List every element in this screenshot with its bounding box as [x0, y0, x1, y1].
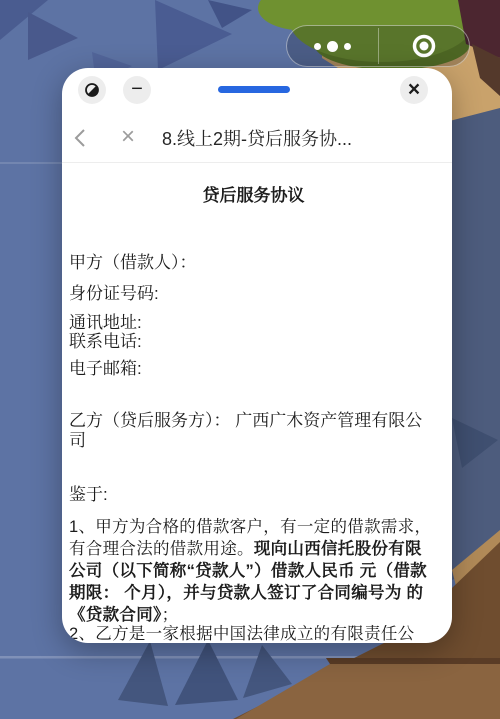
close-icon: × [408, 79, 420, 100]
back-button[interactable] [74, 127, 94, 149]
contrast-icon [84, 82, 100, 98]
document-nav-bar: × 8.线上2期-贷后服务协... [62, 114, 452, 163]
progress-pill[interactable] [218, 86, 290, 93]
address-label: 通讯地址: [69, 313, 438, 332]
sheet-toolbar: − × [62, 68, 452, 114]
party-b-line: 乙方（贷后服务方）： 广西广木资产管理有限公司 [69, 411, 438, 451]
phone-screen: − × × 8.线上2期-贷后服务协... 贷后服务协议 甲方（借款人）： 身份… [0, 0, 500, 719]
party-a-label: 甲方（借款人）： [69, 253, 438, 273]
minimize-button[interactable]: − [123, 76, 151, 104]
more-dots-icon [344, 43, 351, 50]
nav-close-button[interactable]: × [116, 122, 140, 152]
more-button[interactable] [287, 26, 378, 66]
minus-icon: − [131, 79, 143, 99]
clause-1-tail: ； [162, 606, 179, 624]
sheet-close-button[interactable]: × [400, 76, 428, 104]
clause-1: 1、甲方为合格的借款客户，有一定的借款需求，有合理合法的借款用途。现向山西信托股… [69, 516, 438, 626]
id-number-label: 身份证号码: [69, 284, 438, 304]
more-dots-icon [314, 43, 321, 50]
theme-toggle-button[interactable] [78, 76, 106, 104]
chevron-left-icon [74, 128, 86, 148]
document-viewer[interactable]: 贷后服务协议 甲方（借款人）： 身份证号码: 通讯地址: 联系电话: 电子邮箱:… [62, 163, 452, 643]
miniprogram-capsule [286, 25, 470, 67]
document-sheet: − × × 8.线上2期-贷后服务协... 贷后服务协议 甲方（借款人）： 身份… [62, 68, 452, 643]
whereas-label: 鉴于: [69, 485, 438, 505]
email-label: 电子邮箱: [69, 359, 438, 379]
circle-target-icon [411, 33, 437, 59]
capsule-close-button[interactable] [379, 26, 470, 66]
clause-2: 2、乙方是一家根据中国法律成立的有限责任公司，能够为甲方提供贷后管理服务； [69, 623, 438, 643]
contract-title: 贷后服务协议 [69, 185, 438, 207]
more-dots-icon [327, 41, 338, 52]
phone-label: 联系电话: [69, 332, 438, 351]
close-icon: × [121, 125, 135, 149]
